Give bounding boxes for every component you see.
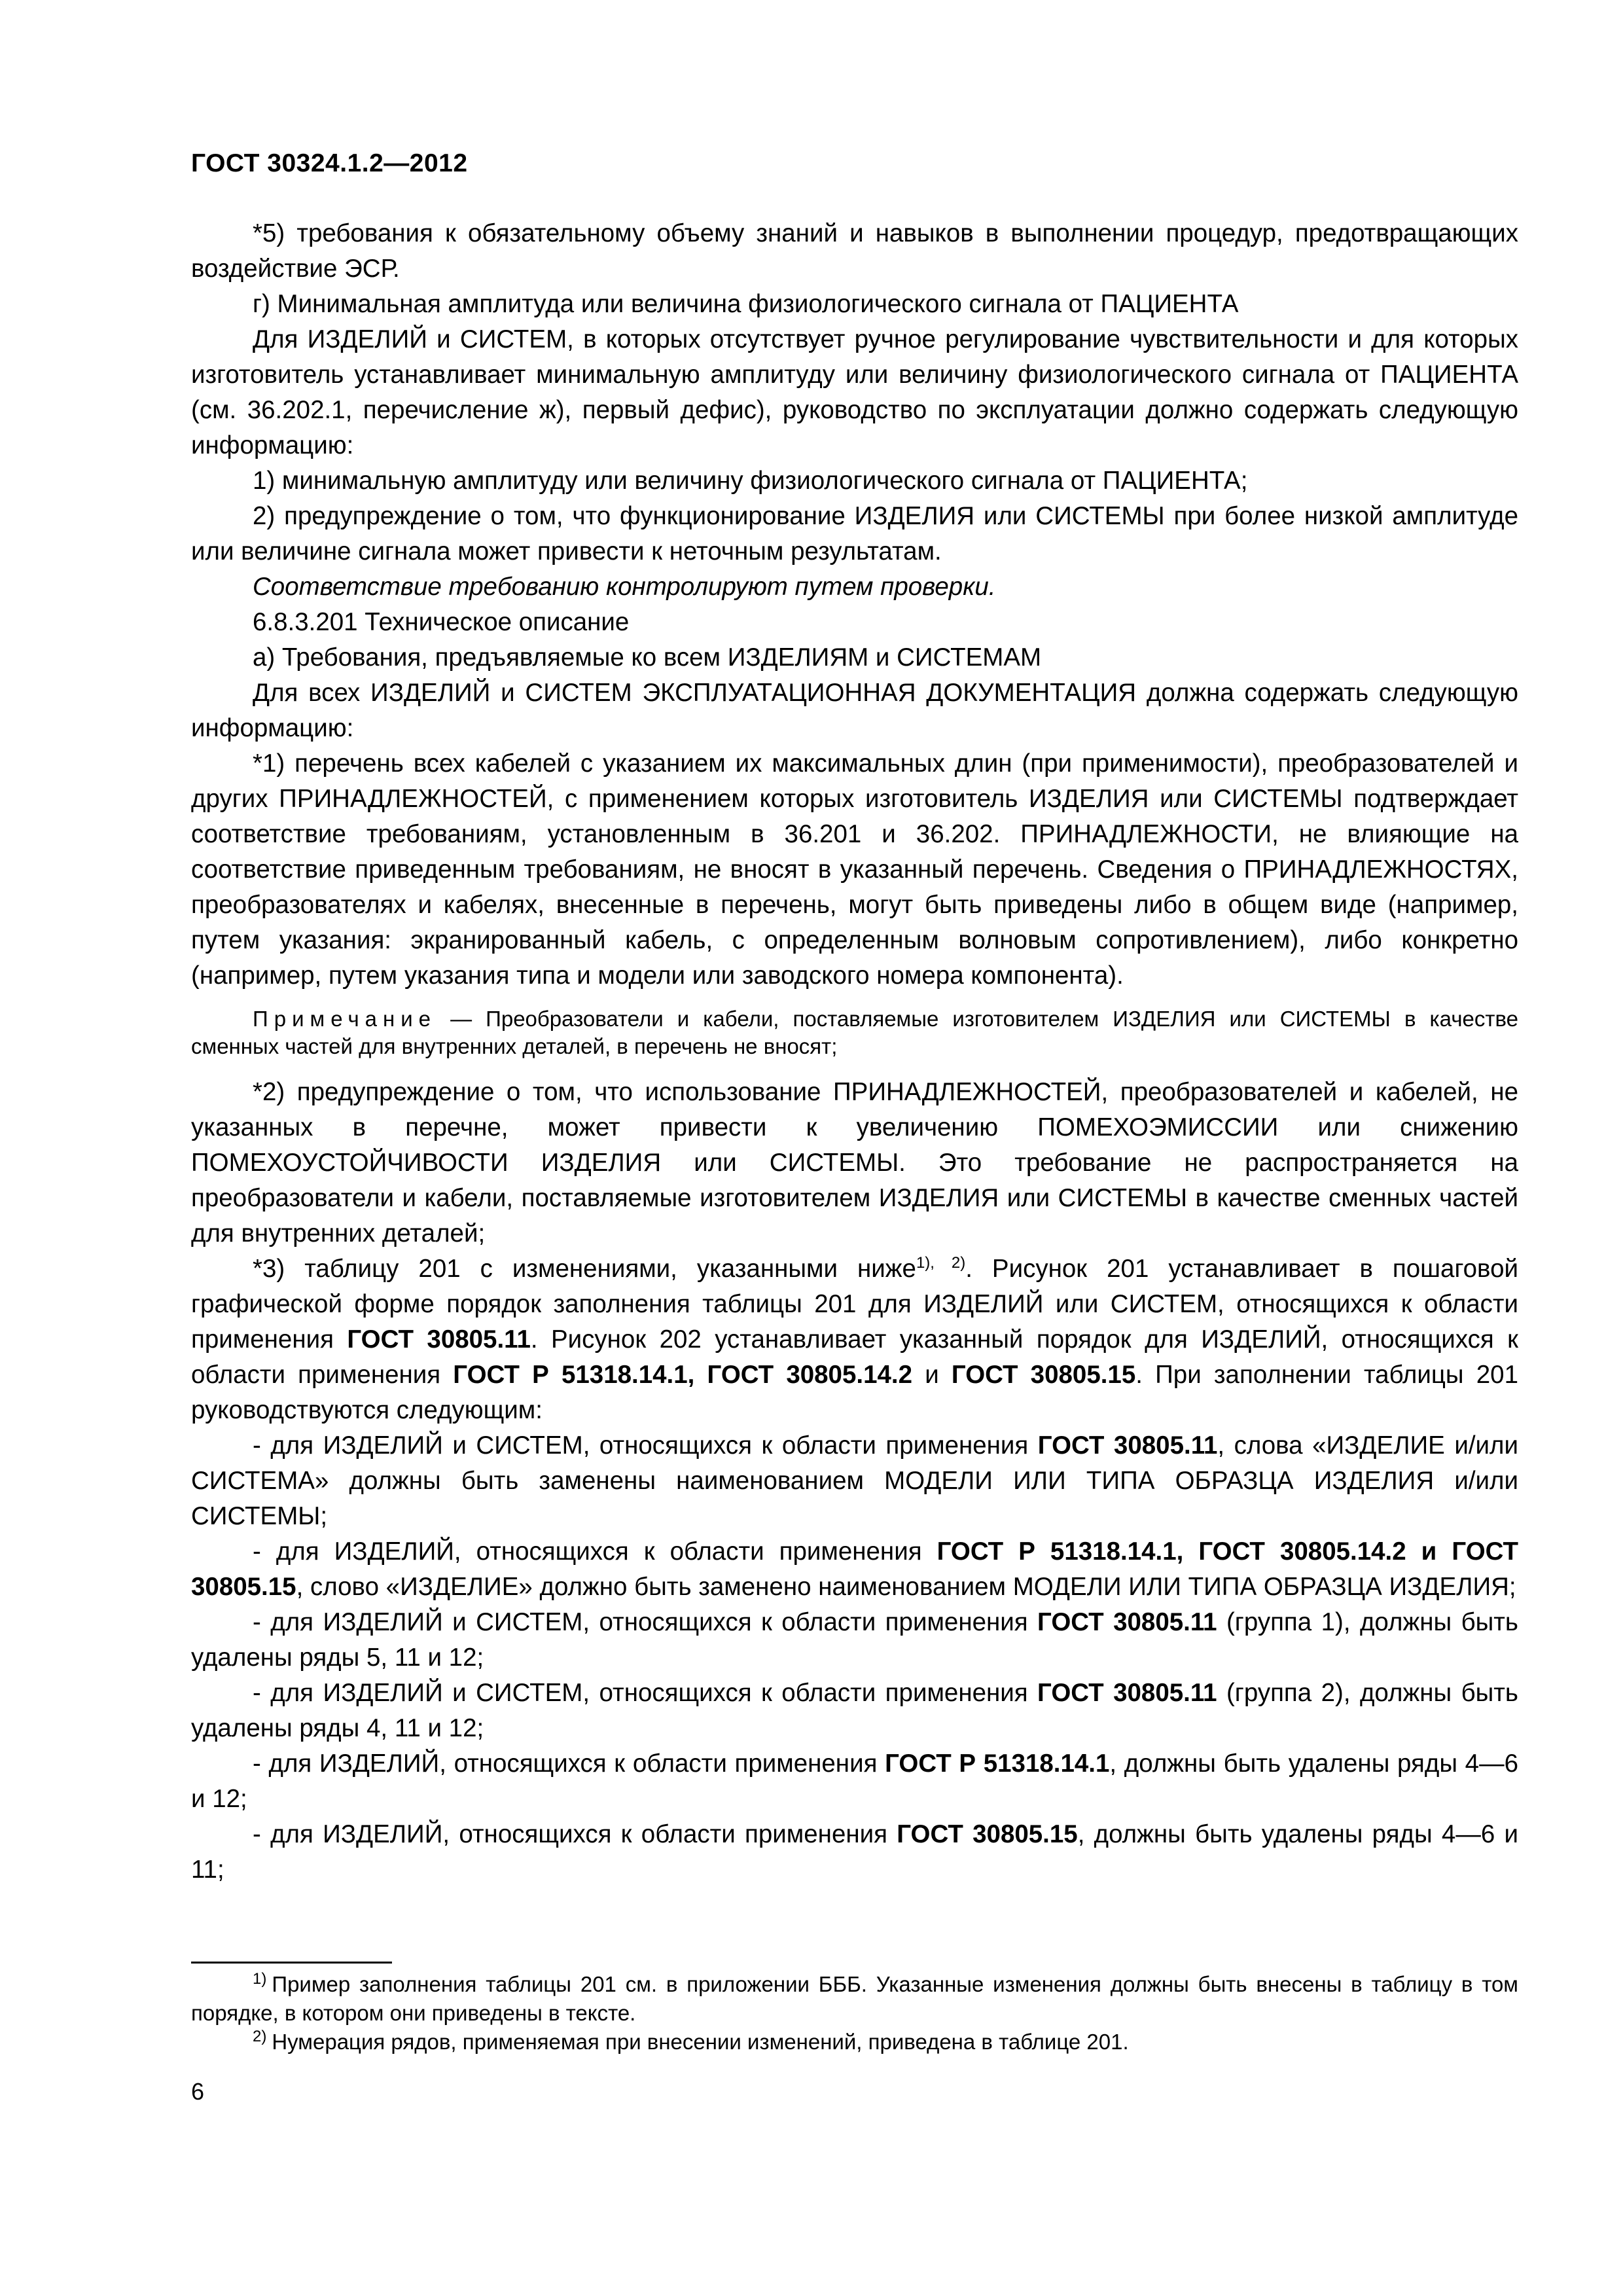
list-item-1: 1) минимальную амплитуду или величину фи… bbox=[191, 463, 1518, 499]
footnote-ref: 1), 2) bbox=[916, 1254, 965, 1272]
note-label: Примечание bbox=[253, 1007, 437, 1031]
document-body: *5) требования к обязательному объему зн… bbox=[191, 216, 1518, 1888]
document-id-header: ГОСТ 30324.1.2—2012 bbox=[191, 149, 468, 178]
subsection-heading-g: г) Минимальная амплитуда или величина фи… bbox=[191, 287, 1518, 322]
paragraph-all-devices: Для всех ИЗДЕЛИЙ и СИСТЕМ ЭКСПЛУАТАЦИОНН… bbox=[191, 675, 1518, 746]
section-heading-6-8-3-201: 6.8.3.201 Техническое описание bbox=[191, 605, 1518, 640]
paragraph-item-2-warning: *2) предупреждение о том, что использова… bbox=[191, 1075, 1518, 1251]
dash-list-item: - для ИЗДЕЛИЙ и СИСТЕМ, относящихся к об… bbox=[191, 1605, 1518, 1676]
footnote-divider bbox=[191, 1962, 392, 1964]
footnote-1: 1)Пример заполнения таблицы 201 см. в пр… bbox=[191, 1970, 1518, 2028]
footnote-2: 2)Нумерация рядов, применяемая при внесе… bbox=[191, 2028, 1518, 2056]
dash-list-item: - для ИЗДЕЛИЙ и СИСТЕМ, относящихся к об… bbox=[191, 1428, 1518, 1534]
note-block: Примечание — Преобразователи и кабели, п… bbox=[191, 1005, 1518, 1060]
dash-list-item: - для ИЗДЕЛИЙ, относящихся к области при… bbox=[191, 1746, 1518, 1817]
standard-ref: ГОСТ Р 51318.14.1, ГОСТ 30805.14.2 bbox=[453, 1361, 912, 1389]
paragraph-item-5: *5) требования к обязательному объему зн… bbox=[191, 216, 1518, 287]
dash-list-item: - для ИЗДЕЛИЙ и СИСТЕМ, относящихся к об… bbox=[191, 1676, 1518, 1746]
subsection-heading-a: а) Требования, предъявляемые ко всем ИЗД… bbox=[191, 640, 1518, 675]
paragraph-item-3-table: *3) таблицу 201 с изменениями, указанным… bbox=[191, 1251, 1518, 1428]
dash-list-item: - для ИЗДЕЛИЙ, относящихся к области при… bbox=[191, 1817, 1518, 1888]
compliance-statement: Соответствие требованию контролируют пут… bbox=[191, 569, 1518, 605]
dash-list-item: - для ИЗДЕЛИЙ, относящихся к области при… bbox=[191, 1534, 1518, 1605]
standard-ref: ГОСТ 30805.15 bbox=[952, 1361, 1135, 1389]
standard-ref: ГОСТ 30805.11 bbox=[1037, 1679, 1217, 1707]
paragraph-item-1-cables: *1) перечень всех кабелей с указанием их… bbox=[191, 746, 1518, 994]
standard-ref: ГОСТ Р 51318.14.1 bbox=[885, 1749, 1109, 1778]
page-number: 6 bbox=[191, 2078, 204, 2106]
standard-ref: ГОСТ 30805.11 bbox=[347, 1325, 531, 1354]
list-item-2: 2) предупреждение о том, что функциониро… bbox=[191, 499, 1518, 569]
standard-ref: ГОСТ 30805.11 bbox=[1038, 1431, 1218, 1460]
paragraph-min-amplitude: Для ИЗДЕЛИЙ и СИСТЕМ, в которых отсутств… bbox=[191, 322, 1518, 463]
standard-ref: ГОСТ 30805.11 bbox=[1037, 1608, 1217, 1636]
standard-ref: ГОСТ 30805.15 bbox=[897, 1820, 1077, 1848]
footnotes: 1)Пример заполнения таблицы 201 см. в пр… bbox=[191, 1970, 1518, 2056]
